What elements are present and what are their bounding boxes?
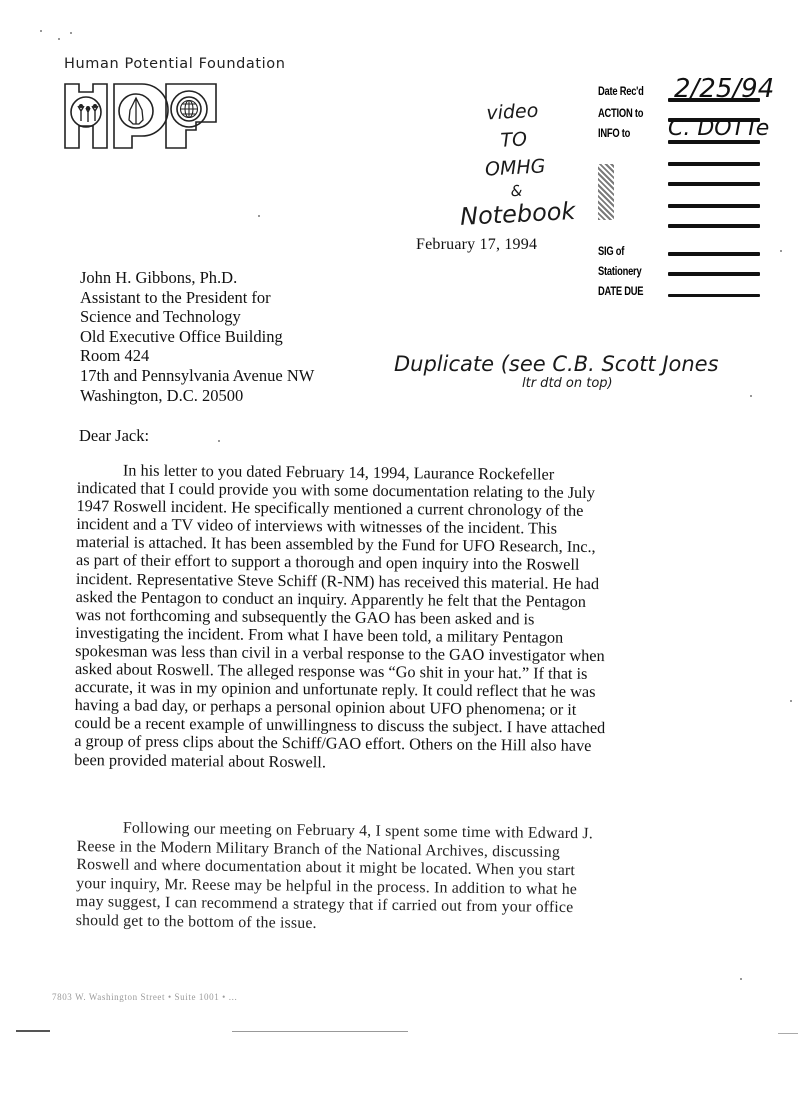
stamp-line [668, 294, 760, 297]
body-paragraph-2: Following our meeting on February 4, I s… [76, 819, 737, 939]
footer-rule [778, 1033, 798, 1034]
stamp-value-info-to: C. DOTTe [668, 116, 769, 141]
letter-date: February 17, 1994 [416, 236, 537, 254]
footer-address: 7803 W. Washington Street • Suite 1001 •… [52, 992, 237, 1002]
footer-rule [232, 1031, 408, 1032]
recipient-line: John H. Gibbons, Ph.D. [80, 268, 314, 288]
recipient-line: Room 424 [80, 346, 314, 366]
stamp-value-date-recd: 2/25/94 [674, 74, 774, 104]
recipient-line: Old Executive Office Building [80, 327, 314, 347]
scan-speck [780, 250, 782, 252]
scan-speck [40, 30, 42, 32]
stamp-smudge [598, 164, 614, 220]
duplicate-note-sub: ltr dtd on top) [522, 376, 613, 391]
scan-speck [740, 978, 742, 980]
recipient-line: Assistant to the President for [80, 288, 314, 308]
body-paragraph-1: In his letter to you dated February 14, … [74, 461, 737, 775]
recipient-line: 17th and Pennsylvania Avenue NW [80, 366, 314, 386]
praying-hands-icon [129, 98, 143, 124]
footer-rule [16, 1030, 50, 1032]
logo-letter-p [114, 84, 168, 148]
scan-speck [70, 32, 72, 34]
scan-speck [58, 38, 60, 40]
stamp-label-info-to: INFO to [598, 126, 630, 140]
stamp-label-action-to: ACTION to [598, 106, 643, 120]
scan-speck [750, 395, 752, 397]
recipient-line: Washington, D.C. 20500 [80, 386, 314, 406]
stamp-line [668, 162, 760, 166]
recipient-line: Science and Technology [80, 307, 314, 327]
globe-icon [181, 101, 198, 118]
stamp-line [668, 252, 760, 256]
stamp-line [668, 272, 760, 276]
scan-speck [218, 440, 220, 442]
scan-speck [258, 215, 260, 217]
recipient-address: John H. Gibbons, Ph.D. Assistant to the … [80, 268, 314, 405]
stamp-line [668, 224, 760, 228]
stamp-label-date-recd: Date Rec'd [598, 84, 644, 98]
scan-speck [790, 700, 792, 702]
stamp-label-stationery: Stationery [598, 264, 641, 278]
duplicate-note-main: Duplicate (see C.B. Scott Jones [394, 352, 719, 376]
people-icon [78, 105, 98, 122]
handwritten-duplicate-note: Duplicate (see C.B. Scott Jones ltr dtd … [394, 352, 719, 376]
stamp-label-sig-of: SIG of [598, 244, 624, 258]
stamp-line [668, 182, 760, 186]
organization-name: Human Potential Foundation [64, 56, 286, 72]
salutation: Dear Jack: [79, 426, 149, 446]
stamp-line [668, 204, 760, 208]
hpf-logo [62, 82, 222, 150]
handwritten-routing-note: video TO OMHG & Notebook [437, 94, 594, 232]
stamp-label-date-due: DATE DUE [598, 284, 643, 298]
